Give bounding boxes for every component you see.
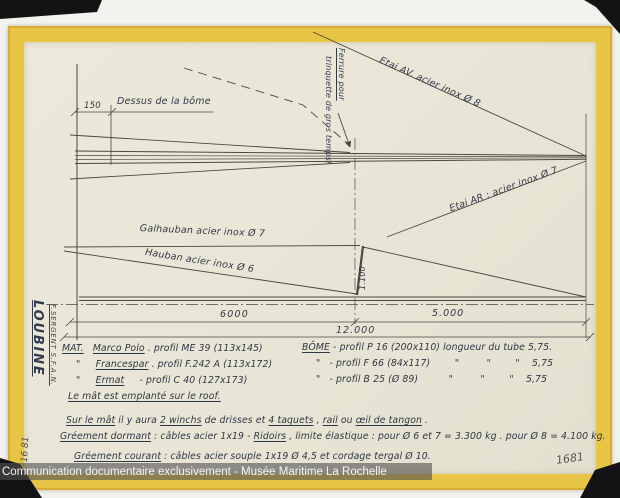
photo-corner-bottom-right	[580, 462, 620, 498]
dimension-aft: 5.000	[432, 308, 464, 319]
boat-name-vertical: LOUBINE	[30, 300, 45, 377]
designer-vertical: F.SERGENT S.F.A.N.	[49, 304, 57, 386]
staysail-fitting-label-line2: trinquette de gros temps!	[324, 56, 333, 164]
photo-corner-top-right	[584, 0, 620, 34]
note-standing-rigging: Gréement dormant : câbles acier 1x19 - R…	[60, 431, 606, 442]
spec-note-mast-marco-polo: MAT. Marco Polo . profil ME 39 (113x145)	[62, 343, 263, 354]
strut-dimension: 1.100	[358, 266, 367, 290]
spec-note-boom-p16: BÔME - profil P 16 (200x110) longueur du…	[302, 342, 552, 353]
spec-note-boom-b25: " - profil B 25 (Ø 89) " " " 5,75	[316, 374, 547, 385]
dimension-total: 12.000	[336, 325, 375, 336]
spec-note-boom-f66: " - profil F 66 (84x117) " " " 5,75	[316, 358, 553, 369]
note-mast-step: Le mât est emplanté sur le roof.	[68, 391, 221, 402]
photo-corner-top-left	[0, 0, 102, 19]
boom-offset-dimension: 150	[84, 101, 101, 111]
staysail-fitting-label-line1: Ferrure pour	[337, 48, 346, 101]
spec-note-mast-francespar: " Francespar . profil F.242 A (113x172)	[76, 359, 272, 370]
note-running-rigging: Gréement courant : câbles acier souple 1…	[74, 451, 431, 462]
caption-text: Communication documentaire exclusivement…	[0, 466, 387, 478]
note-mast-hardware: Sur le mât il y aura 2 winchs de drisses…	[66, 415, 428, 426]
scanned-rigging-plan-photo: 150 Dessus de la bôme Ferrure pour trinq…	[0, 0, 620, 498]
boom-top-label: Dessus de la bôme	[117, 96, 211, 107]
ref-number-left: 16 81	[20, 436, 31, 462]
spec-note-mast-ermat: " Ermat - profil C 40 (127x173)	[76, 375, 247, 386]
dimension-lines	[60, 318, 594, 341]
caption-bar: Communication documentaire exclusivement…	[0, 463, 432, 480]
dimension-fore: 6000	[220, 309, 249, 320]
